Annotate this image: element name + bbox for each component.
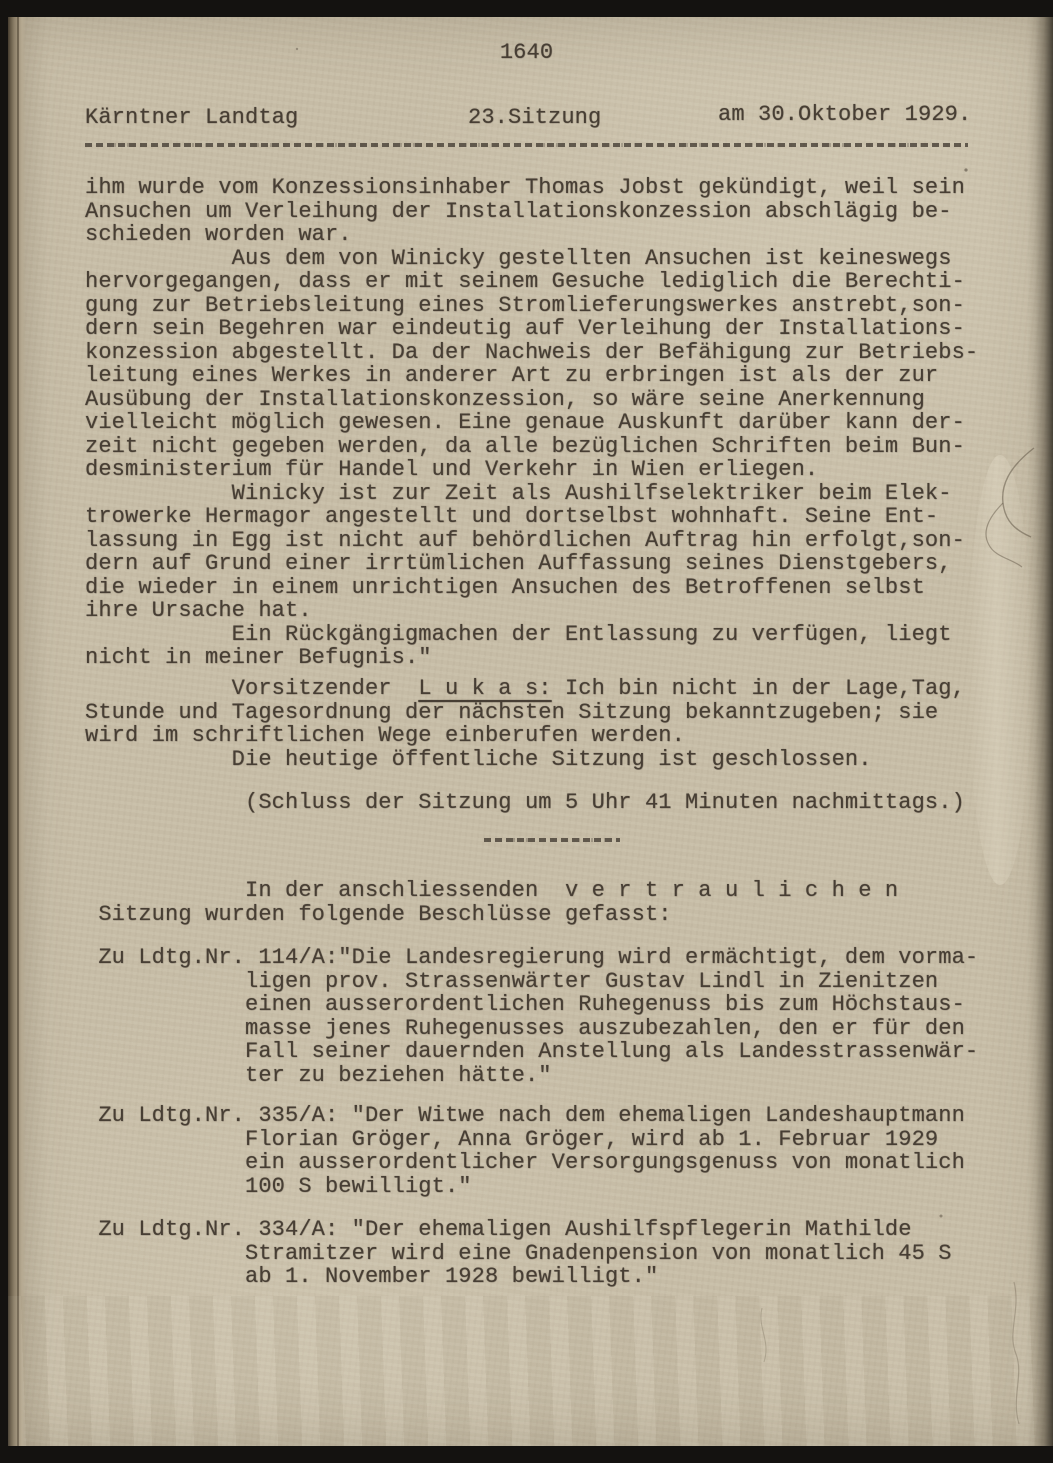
paper-left-edge <box>8 17 26 1446</box>
paper-wrinkles <box>8 1296 1053 1446</box>
body-opening-text: ihm wurde vom Konzessionsinhaber Thomas … <box>85 176 978 670</box>
header-date: am 30.Oktober 1929. <box>718 103 971 127</box>
page-number: 1640 <box>0 41 1053 65</box>
speaker-name: L u k a s: <box>418 676 551 701</box>
resolution-block-114A: Zu Ldtg.Nr. 114/A:"Die Landesregierung w… <box>85 946 978 1087</box>
header-institution: Kärntner Landtag <box>85 106 298 130</box>
section-separator-rule <box>484 838 620 842</box>
confidential-session-intro: In der anschliessenden v e r t r a u l i… <box>85 879 898 926</box>
paper-right-edge <box>1027 17 1053 1446</box>
chair-statement-lead: Vorsitzender <box>85 676 418 701</box>
scanned-page: 1640 Kärntner Landtag 23.Sitzung am 30.O… <box>0 0 1053 1463</box>
closing-note: (Schluss der Sitzung um 5 Uhr 41 Minuten… <box>85 791 965 815</box>
chair-statement: Vorsitzender L u k a s: Ich bin nicht in… <box>85 677 965 771</box>
resolution-block-334A: Zu Ldtg.Nr. 334/A: "Der ehemaligen Aushi… <box>85 1218 952 1289</box>
resolution-block-335A: Zu Ldtg.Nr. 335/A: "Der Witwe nach dem e… <box>85 1104 965 1198</box>
header-session: 23.Sitzung <box>468 106 601 130</box>
header-divider-rule <box>85 143 968 147</box>
